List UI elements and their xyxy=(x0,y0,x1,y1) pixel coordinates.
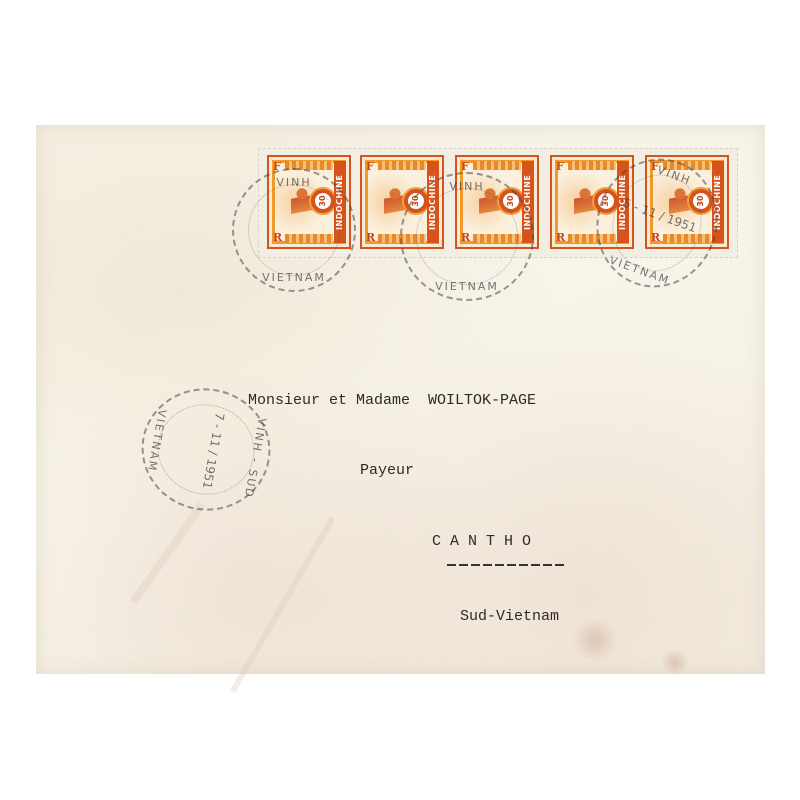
stamp-corner-letter: F xyxy=(461,161,469,172)
city-underline xyxy=(447,564,567,566)
paper-stain xyxy=(570,620,620,660)
postmark: VINH VIETNAM xyxy=(400,172,534,301)
recipient-country: Sud-Vietnam xyxy=(460,608,559,625)
recipient-name: Monsieur et Madame WOILTOK-PAGE xyxy=(248,392,536,409)
stamp-corner-letter: F xyxy=(556,161,564,172)
postmark: VINH VIETNAM xyxy=(232,168,356,292)
stamp-corner-letter: F xyxy=(366,161,374,172)
stamp-corner-letter: R xyxy=(556,232,565,243)
paper-stain xyxy=(660,650,690,675)
recipient-city: C A N T H O xyxy=(432,533,531,550)
stamp-corner-letter: R xyxy=(366,232,375,243)
recipient-title: Payeur xyxy=(360,462,414,479)
